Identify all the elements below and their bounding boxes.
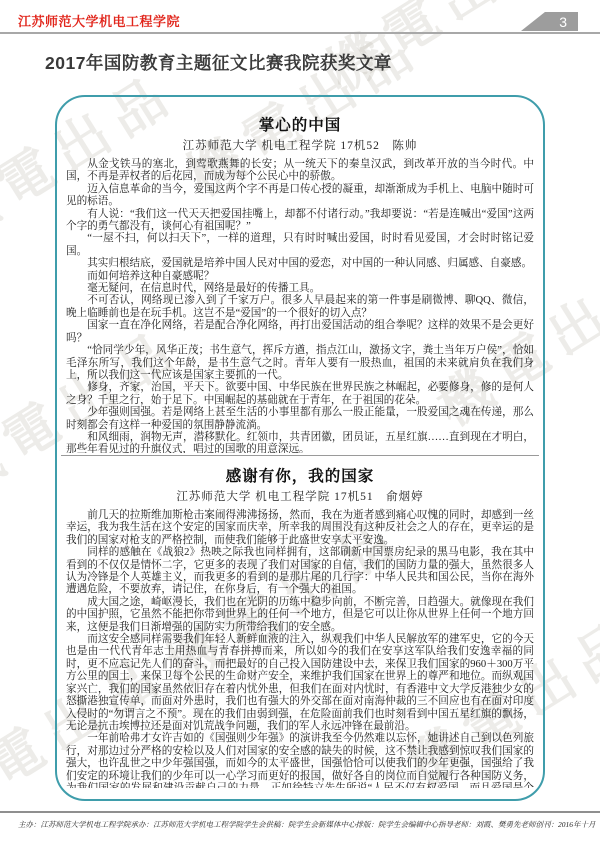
footer-credit-item: 供稿：院学生会新媒体中心 (266, 819, 356, 830)
page-number-flag: 3 (521, 12, 578, 31)
essay-paragraph: 同样的感触在《战狼2》热映之际我也同样拥有，这部刷新中国票房纪录的黑马电影，我在… (66, 547, 534, 597)
essay-paragraph: 从金戈铁马的塞北，到莺歌燕舞的长安；从一统天下的秦皇汉武，到改革开放的当今时代。… (66, 159, 534, 184)
essay-paragraph: 不可否认，网络现已渗入到了千家万户。很多人早晨起来的第一件事是刷微博、聊QQ、微… (66, 295, 534, 320)
footer-credit-item: 承办：江苏师范大学机电工程学院学生会 (131, 819, 266, 830)
essay-paragraph: 修身，齐家，治国，平天下。欲要中国、中华民族在世界民族之林崛起，必要修身，修的是… (66, 382, 534, 407)
essay-paragraph: 成大国之途，崎岖漫长，我们也在光阴的历练中稳步向前，不断完善，日趋强大。就像现在… (66, 597, 534, 634)
essay-1-byline: 江苏师范大学 机电工程学院 17机52 陈帅 (66, 137, 534, 153)
essay-paragraph: 毫无疑问，在信息时代，网络是最好的传播工具。 (66, 283, 534, 295)
footer-credits: 主办：江苏师范大学机电工程学院承办：江苏师范大学机电工程学院学生会供稿：院学生会… (18, 819, 586, 830)
footer-divider (0, 811, 600, 813)
essay-divider (61, 455, 539, 456)
footer-credit-item: 创刊：2016年十月 (536, 819, 596, 830)
essay-1-body: 从金戈铁马的塞北，到莺歌燕舞的长安；从一统天下的秦皇汉武，到改革开放的当今时代。… (66, 159, 534, 453)
essay-paragraph: “恰同学少年，风华正茂；书生意气，挥斥方遒，指点江山，激扬文字，粪土当年万户侯”… (66, 345, 534, 382)
essay-paragraph: 前几天的拉斯维加斯枪击案闹得沸沸扬扬，然而，我在为逝者感到痛心叹愧的同时，却感到… (66, 510, 534, 547)
essay-1-title: 掌心的中国 (66, 113, 534, 135)
newsletter-page: { "header": { "school_name": "江苏师范大学机电工程… (0, 0, 600, 843)
essay-paragraph: “一屋不扫，何以扫天下”，一样的道理，只有时时喊出爱国，时时看见爱国，才会时时铭… (66, 233, 534, 258)
essay-paragraph: 其实归根结底，爱国就是培养中国人民对中国的爱恋，对中国的一种认同感、归属感、自豪… (66, 258, 534, 270)
header-divider (0, 32, 600, 34)
footer-credit-item: 排版：院学生会编辑中心 (356, 819, 439, 830)
page-number: 3 (559, 14, 567, 30)
essay-2: 感谢有你，我的国家 江苏师范大学 机电工程学院 17机51 俞烟婷 前几天的拉斯… (66, 458, 534, 788)
essay-paragraph: 一年前哈弗才女许吉如的《国强则少年强》的演讲我至今仍然难以忘怀，她讲述自己到以色… (66, 733, 534, 788)
school-name: 江苏师范大学机电工程学院 (18, 11, 180, 30)
essay-paragraph: 而这安全感同样需要我们年轻人新鲜血液的注入，纵观我们中华人民解放军的建军史，它的… (66, 634, 534, 733)
essay-paragraph: 而如何培养这种自豪感呢？ (66, 271, 534, 283)
essay-1: 掌心的中国 江苏师范大学 机电工程学院 17机52 陈帅 从金戈铁马的塞北，到莺… (66, 107, 534, 453)
footer-credit-item: 指导老师：刘霞、樊勇先老师 (438, 819, 536, 830)
essay-paragraph: 国家一直在净化网络，若是配合净化网络，再打出爱国活动的组合拳呢？这样的效果不是会… (66, 320, 534, 345)
essay-2-title: 感谢有你，我的国家 (66, 464, 534, 486)
essay-box: 掌心的中国 江苏师范大学 机电工程学院 17机52 陈帅 从金戈铁马的塞北，到莺… (55, 95, 545, 801)
essay-paragraph: 和风细雨，润物无声，潜移默化。红领巾，共青团徽，团员证，五星红旗……直到现在才明… (66, 432, 534, 453)
essay-2-body: 前几天的拉斯维加斯枪击案闹得沸沸扬扬，然而，我在为逝者感到痛心叹愧的同时，却感到… (66, 510, 534, 788)
footer-credit-item: 主办：江苏师范大学机电工程学院 (18, 819, 131, 830)
page-title: 2017年国防教育主题征文比赛我院获奖文章 (45, 50, 392, 75)
essay-paragraph: 少年强则国强。若是网络上甚至生活的小事里都有那么一股正能量，一股爱国之魂在传递，… (66, 407, 534, 432)
essay-2-byline: 江苏师范大学 机电工程学院 17机51 俞烟婷 (66, 488, 534, 504)
essay-paragraph: 迈入信息革命的当今，爱国这两个字不再是口传心授的凝重，却渐渐成为手机上、电脑中随… (66, 184, 534, 209)
essay-paragraph: 有人说：“我们这一代天天把爱国挂嘴上，却都不付诸行动。”我却要说：“若是连喊出“… (66, 209, 534, 234)
